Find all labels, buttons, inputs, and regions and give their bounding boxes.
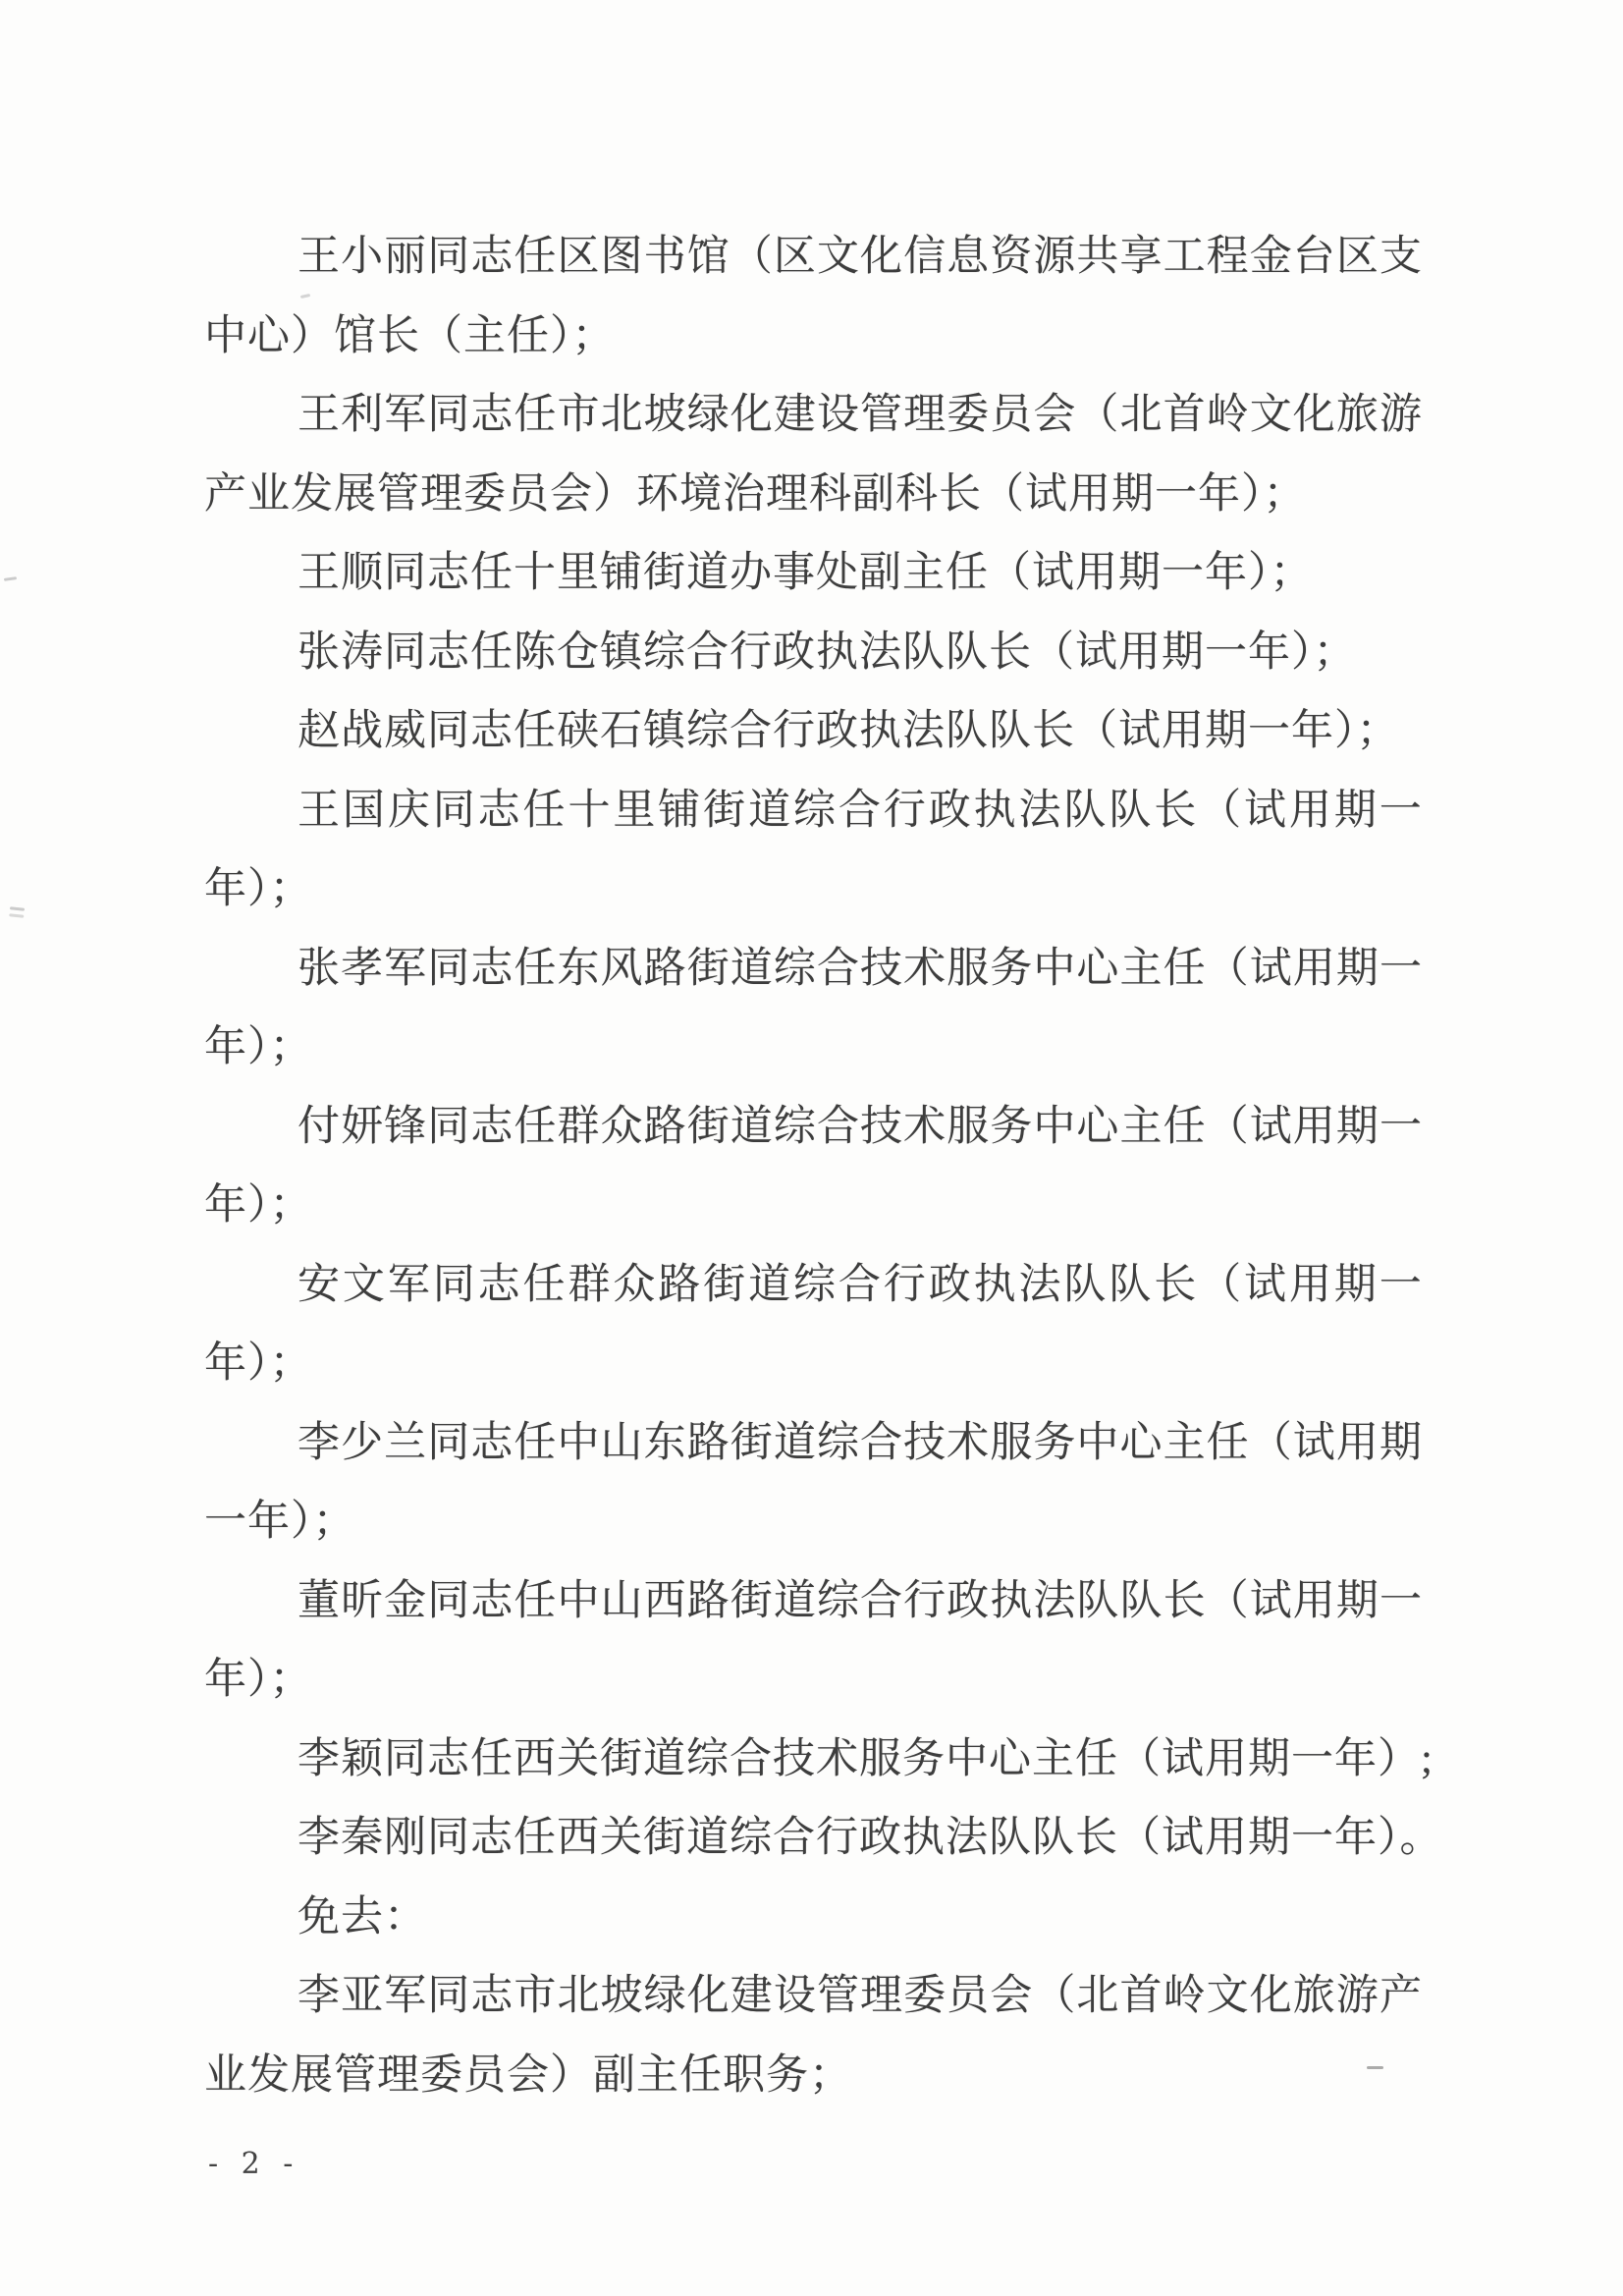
- document-line: 李少兰同志任中山东路街道综合技术服务中心主任（试用期: [204, 1404, 1422, 1484]
- document-line: 李秦刚同志任西关街道综合行政执法队队长（试用期一年）。: [204, 1799, 1422, 1879]
- document-line: 免去：: [204, 1879, 1422, 1958]
- document-line: 王顺同志任十里铺街道办事处副主任（试用期一年）；: [204, 534, 1422, 614]
- document-line: 王小丽同志任区图书馆（区文化信息资源共享工程金台区支: [204, 218, 1422, 298]
- document-line: 业发展管理委员会）副主任职务；: [204, 2037, 1422, 2116]
- document-line: 年）；: [204, 1167, 1422, 1246]
- document-line: 赵战威同志任硖石镇综合行政执法队队长（试用期一年）；: [204, 692, 1422, 772]
- document-line: 李亚军同志市北坡绿化建设管理委员会（北首岭文化旅游产: [204, 1957, 1422, 2037]
- page-number: - 2 -: [208, 2147, 299, 2181]
- scan-artifact: [1367, 2066, 1383, 2069]
- document-line: 一年）；: [204, 1483, 1422, 1562]
- document-line: 董昕金同志任中山西路街道综合行政执法队队长（试用期一: [204, 1562, 1422, 1642]
- scan-artifact: [10, 906, 25, 911]
- document-line: 年）；: [204, 850, 1422, 930]
- document-line: 李颖同志任西关街道综合技术服务中心主任（试用期一年）;: [204, 1721, 1422, 1800]
- document-body: 王小丽同志任区图书馆（区文化信息资源共享工程金台区支中心）馆长（主任）；王利军同…: [204, 218, 1422, 2115]
- document-line: 年）；: [204, 1009, 1422, 1088]
- document-line: 中心）馆长（主任）；: [204, 298, 1422, 377]
- document-line: 安文军同志任群众路街道综合行政执法队队长（试用期一: [204, 1246, 1422, 1326]
- document-line: 张涛同志任陈仓镇综合行政执法队队长（试用期一年）；: [204, 614, 1422, 693]
- document-line: 年）；: [204, 1325, 1422, 1404]
- document-line: 付妍锋同志任群众路街道综合技术服务中心主任（试用期一: [204, 1088, 1422, 1168]
- scan-artifact: [4, 576, 17, 581]
- document-page: 王小丽同志任区图书馆（区文化信息资源共享工程金台区支中心）馆长（主任）；王利军同…: [0, 0, 1623, 2296]
- document-line: 张孝军同志任东风路街道综合技术服务中心主任（试用期一: [204, 930, 1422, 1010]
- document-line: 王国庆同志任十里铺街道综合行政执法队队长（试用期一: [204, 772, 1422, 851]
- document-line: 产业发展管理委员会）环境治理科副科长（试用期一年）；: [204, 456, 1422, 535]
- document-line: 王利军同志任市北坡绿化建设管理委员会（北首岭文化旅游: [204, 376, 1422, 456]
- document-line: 年）；: [204, 1641, 1422, 1721]
